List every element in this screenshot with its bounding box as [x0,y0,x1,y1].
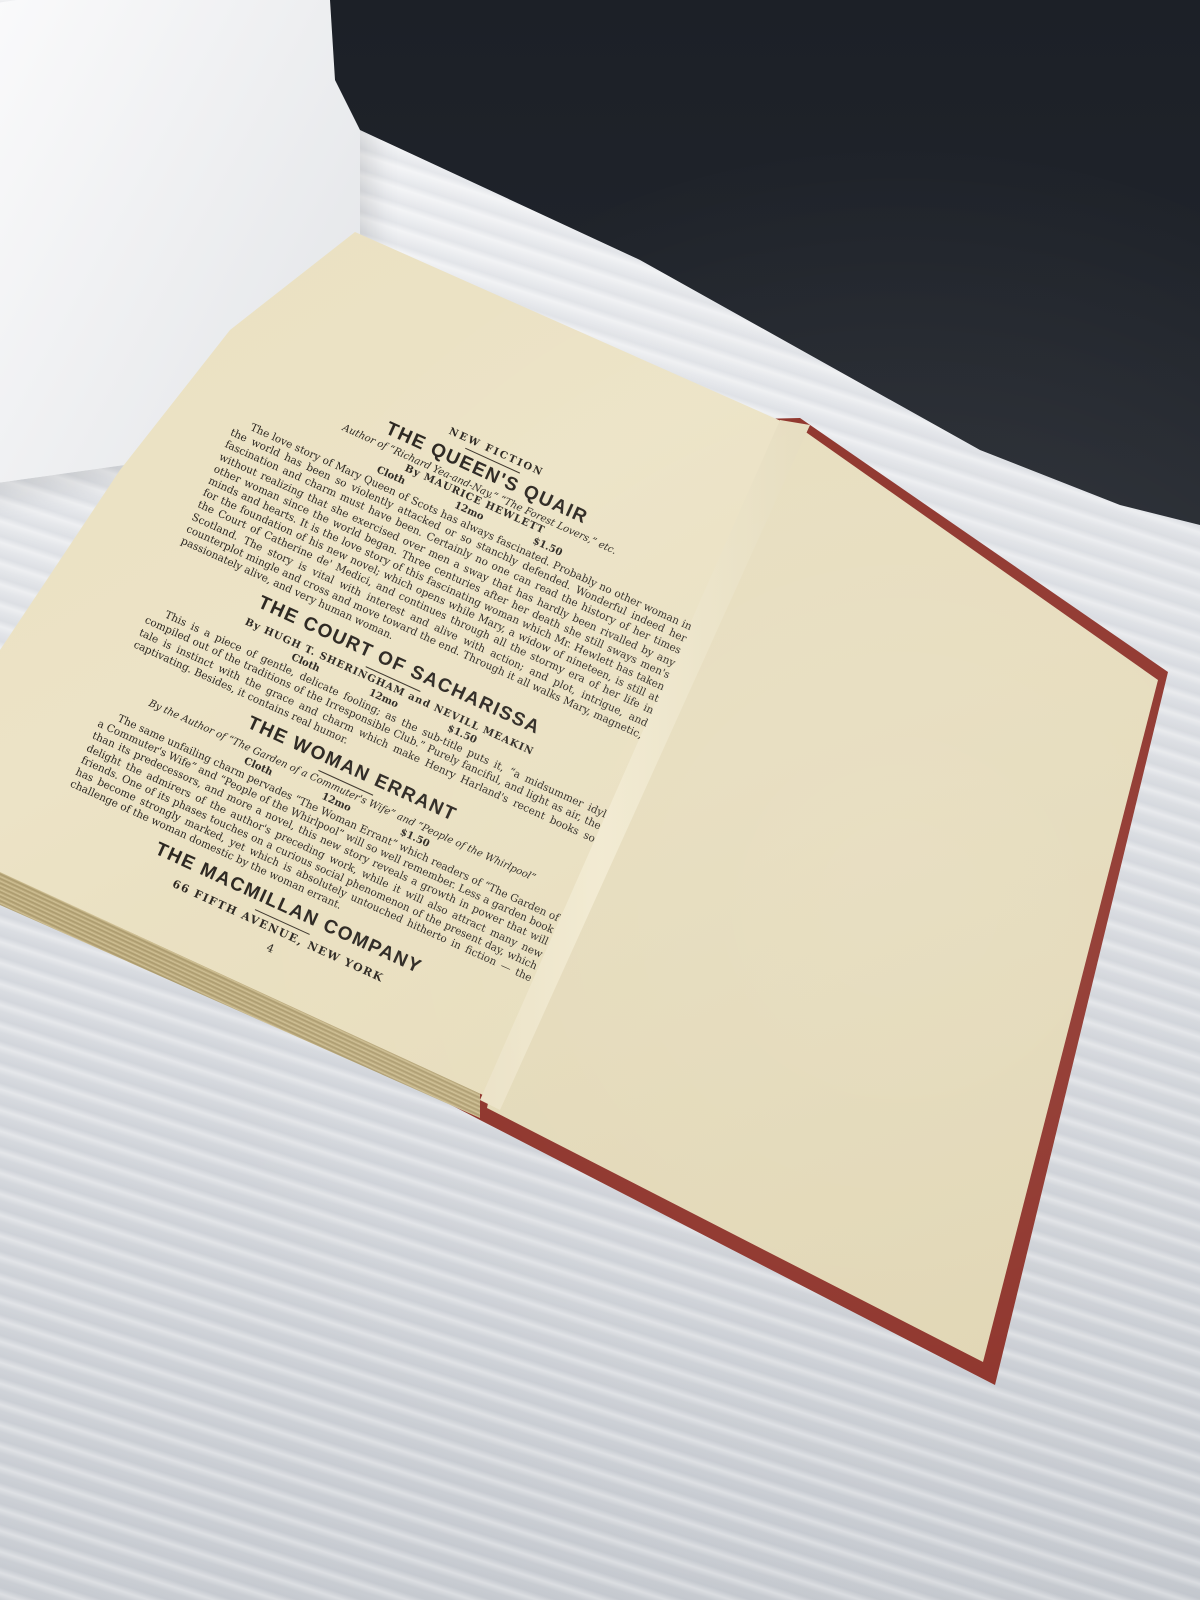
photo-scene: NEW FICTION THE QUEEN'S QUAIR Author of … [0,0,1200,1600]
